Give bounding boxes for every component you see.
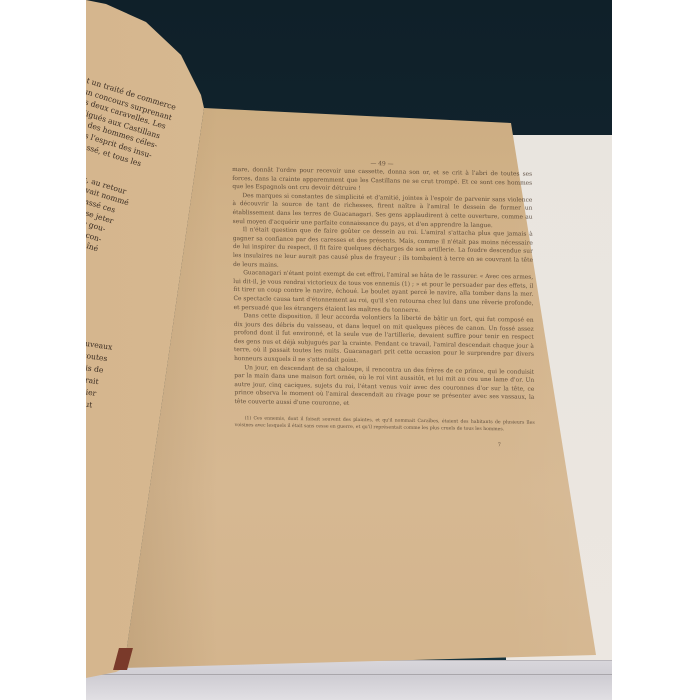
paragraph: Des marques si constantes de simplicité … — [232, 192, 532, 231]
shelf-edge-line — [86, 674, 612, 675]
paragraph: Dans cette disposition, il leur accorda … — [234, 312, 535, 368]
footnote: (1) Ces ennemis, dont il faisait souvent… — [235, 415, 535, 434]
book-photo: — 49 — mare, donnât l'ordre pour recevoi… — [86, 0, 612, 700]
right-page-text: — 49 — mare, donnât l'ordre pour recevoi… — [232, 158, 535, 450]
paragraph: Guacanagari n'étant point exempt de cet … — [233, 269, 533, 317]
paragraph: Un jour, en descendant de sa chaloupe, i… — [234, 364, 534, 412]
paragraph: Il n'était question que de faire goûter … — [233, 226, 533, 274]
